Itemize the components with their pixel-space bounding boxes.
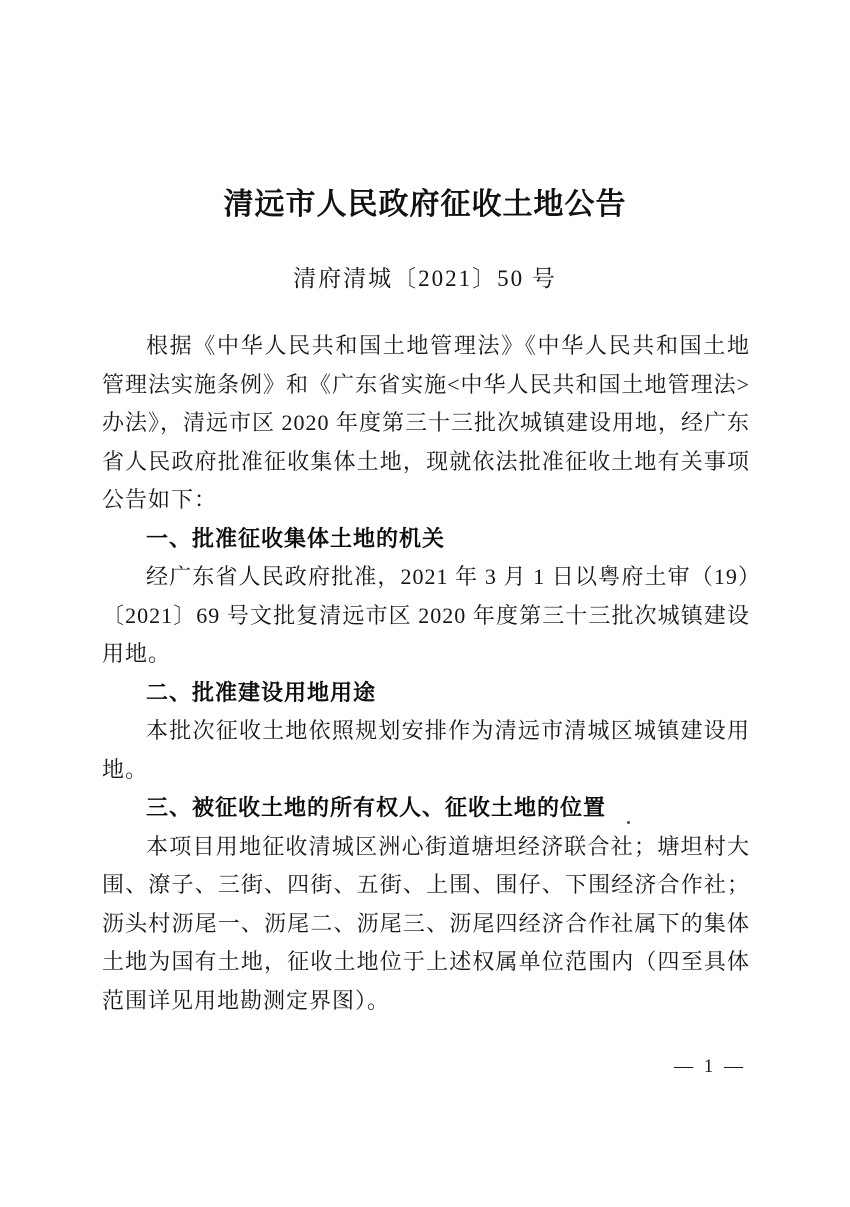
body-paragraph: 本批次征收土地依照规划安排作为清远市清城区城镇建设用地。 bbox=[102, 712, 750, 789]
body-paragraph: 本项目用地征收清城区洲心街道塘坦经济联合社；塘坦村大围、潦子、三街、四街、五街、… bbox=[102, 828, 750, 1021]
section-heading: 一、批准征收集体土地的机关 bbox=[102, 520, 750, 559]
document-body: 根据《中华人民共和国土地管理法》《中华人民共和国土地管理法实施条例》和《广东省实… bbox=[102, 327, 750, 1020]
body-paragraph: 经广东省人民政府批准，2021 年 3 月 1 日以粤府土审（19）〔2021〕… bbox=[102, 558, 750, 674]
document-number: 清府清城〔2021〕50 号 bbox=[0, 260, 850, 293]
scan-artifact-dot bbox=[627, 821, 630, 824]
document-title: 清远市人民政府征收土地公告 bbox=[0, 179, 850, 223]
section-heading: 三、被征收土地的所有权人、征收土地的位置 bbox=[102, 789, 750, 828]
document-page: 清远市人民政府征收土地公告 清府清城〔2021〕50 号 根据《中华人民共和国土… bbox=[0, 0, 850, 1207]
page-number: — 1 — bbox=[674, 1056, 746, 1078]
section-heading: 二、批准建设用地用途 bbox=[102, 674, 750, 713]
body-paragraph: 根据《中华人民共和国土地管理法》《中华人民共和国土地管理法实施条例》和《广东省实… bbox=[102, 327, 750, 520]
